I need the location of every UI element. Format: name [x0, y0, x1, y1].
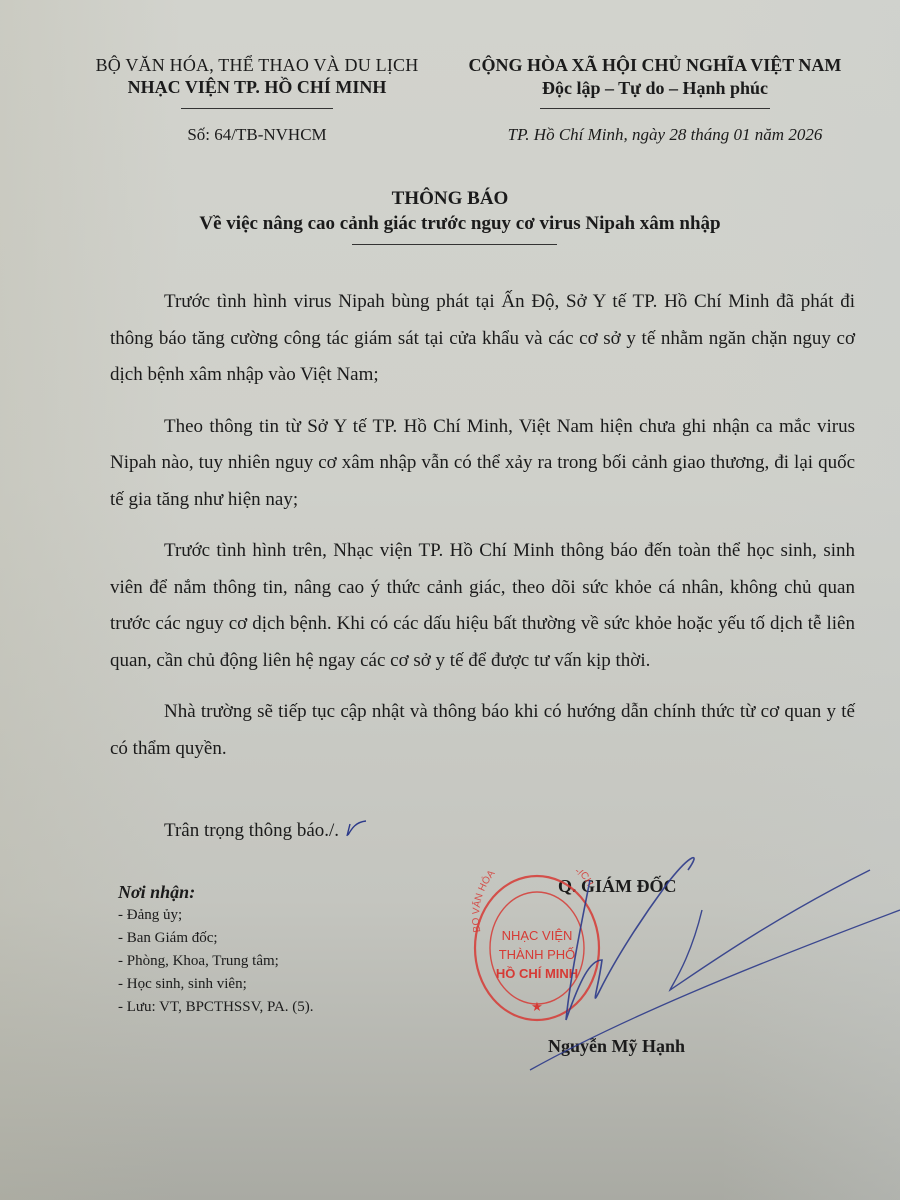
header-left-divider	[181, 108, 333, 109]
recipient-item: - Lưu: VT, BPCTHSSV, PA. (5).	[118, 996, 314, 1019]
svg-text:THÀNH PHỐ: THÀNH PHỐ	[499, 947, 576, 962]
body-paragraph: Trước tình hình virus Nipah bùng phát tạ…	[110, 284, 855, 394]
svg-text:HỒ CHÍ MINH: HỒ CHÍ MINH	[496, 966, 578, 981]
body-paragraph: Theo thông tin từ Sở Y tế TP. Hồ Chí Min…	[110, 409, 855, 519]
national-heading-block: CỘNG HÒA XÃ HỘI CHỦ NGHĨA VIỆT NAM Độc l…	[445, 54, 865, 145]
document-number: Số: 64/TB-NVHCM	[82, 125, 432, 145]
recipient-item: - Học sinh, sinh viên;	[118, 973, 314, 996]
signer-name: Nguyễn Mỹ Hạnh	[548, 1036, 685, 1057]
national-title: CỘNG HÒA XÃ HỘI CHỦ NGHĨA VIỆT NAM	[445, 54, 865, 76]
place-and-date: TP. Hồ Chí Minh, ngày 28 tháng 01 năm 20…	[445, 125, 865, 145]
official-seal-icon: BỘ VĂN HÓA THỂ THAO VÀ DU LỊCH NHẠC VIỆN…	[472, 870, 602, 1030]
document-title-block: THÔNG BÁO Về việc nâng cao cảnh giác trư…	[0, 187, 900, 245]
national-motto: Độc lập – Tự do – Hạnh phúc	[445, 76, 865, 100]
organization-name: NHẠC VIỆN TP. HỒ CHÍ MINH	[82, 76, 432, 98]
document-body: Trước tình hình virus Nipah bùng phát tạ…	[110, 284, 855, 782]
recipient-item: - Ban Giám đốc;	[118, 927, 314, 950]
recipient-item: - Phòng, Khoa, Trung tâm;	[118, 950, 314, 973]
ministry-name: BỘ VĂN HÓA, THỂ THAO VÀ DU LỊCH	[82, 54, 432, 76]
document-subject: Về việc nâng cao cảnh giác trước nguy cơ…	[20, 211, 900, 237]
closing-text: Trân trọng thông báo./.	[164, 820, 339, 841]
recipients-block: Nơi nhận: - Đảng ủy; - Ban Giám đốc; - P…	[118, 880, 314, 1019]
title-divider	[352, 244, 557, 245]
header-right-divider	[540, 108, 770, 109]
body-paragraph: Nhà trường sẽ tiếp tục cập nhật và thông…	[110, 694, 855, 767]
recipients-label: Nơi nhận:	[118, 880, 314, 904]
recipient-item: - Đảng ủy;	[118, 904, 314, 927]
closing-line: Trân trọng thông báo./.	[164, 818, 368, 842]
body-paragraph: Trước tình hình trên, Nhạc viện TP. Hồ C…	[110, 533, 855, 679]
svg-text:NHẠC VIỆN: NHẠC VIỆN	[502, 928, 573, 943]
svg-text:★: ★	[531, 999, 543, 1014]
issuing-authority-block: BỘ VĂN HÓA, THỂ THAO VÀ DU LỊCH NHẠC VIỆ…	[82, 54, 432, 145]
document-type: THÔNG BÁO	[0, 187, 900, 211]
initial-tick-icon	[344, 818, 368, 838]
